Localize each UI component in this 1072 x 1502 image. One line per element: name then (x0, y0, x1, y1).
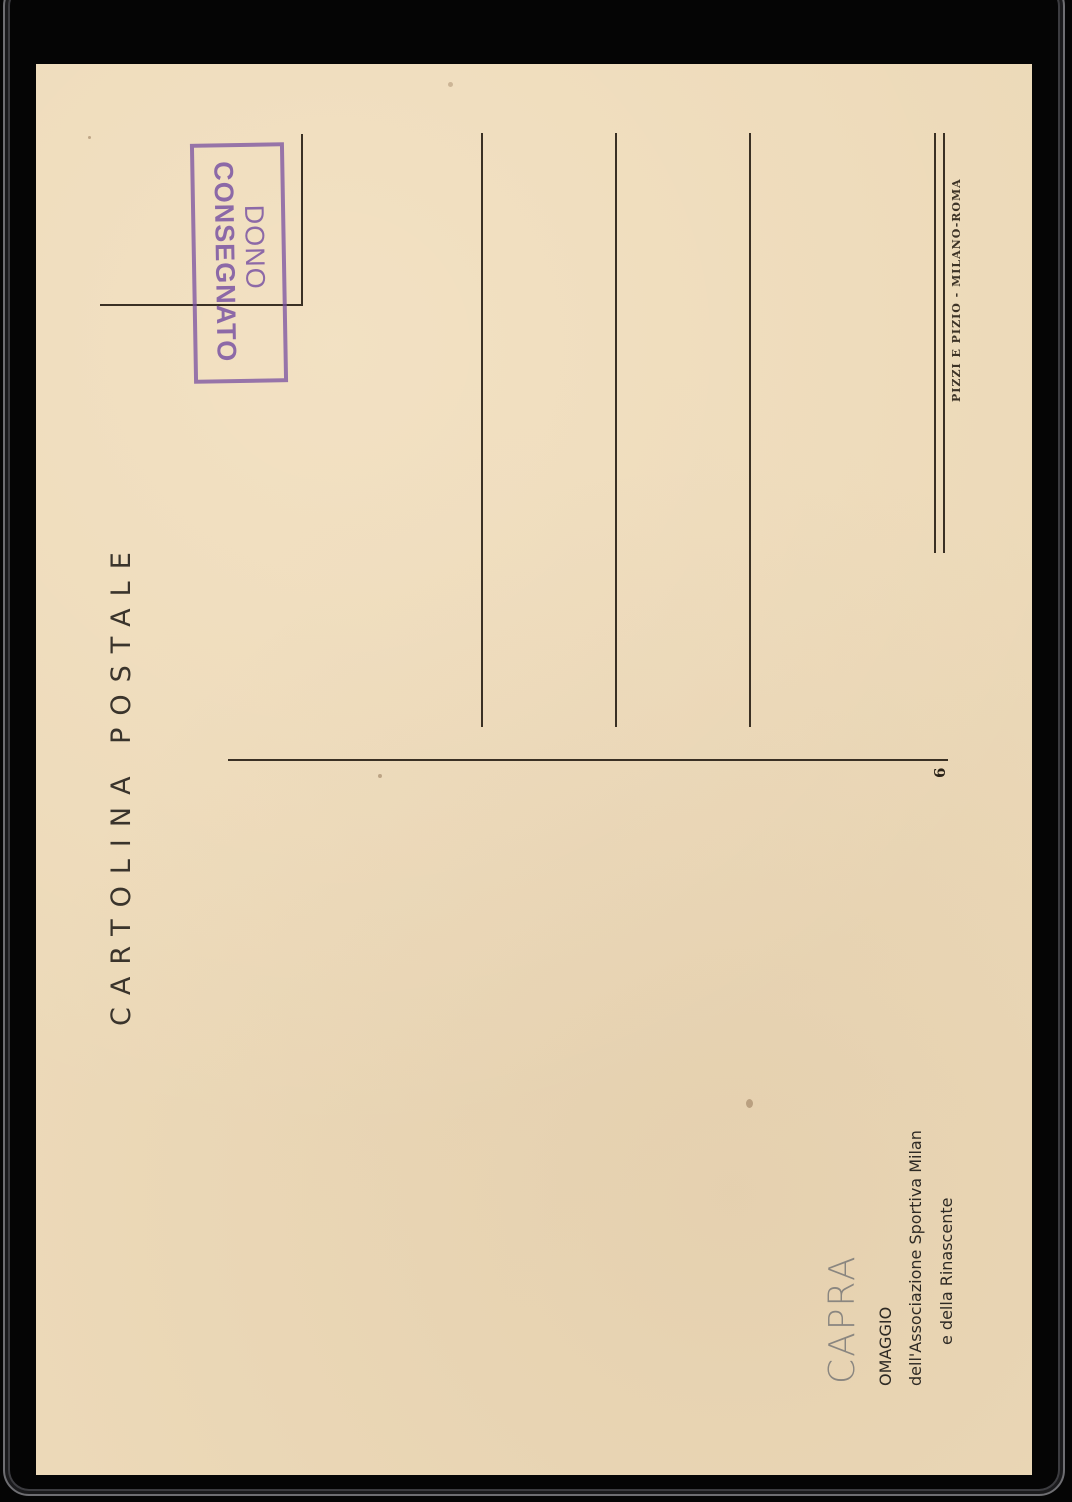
stamp-area-vertical-line (301, 134, 303, 306)
paper-spot (378, 774, 382, 778)
publisher-imprint: PIZZI E PIZIO - MILANO-ROMA (950, 178, 963, 402)
publisher-double-line-2 (943, 133, 945, 553)
postcard-back: CONSEGNATO DONO PIZZI E PIZIO - MILANO-R… (36, 64, 1032, 1475)
address-line-1 (481, 133, 483, 727)
message-divider-line (228, 759, 948, 761)
gift-text-rinascente: e della Rinascente (931, 1198, 962, 1345)
gift-text-association: dell'Associazione Sportiva Milan (900, 1130, 931, 1386)
paper-spot (746, 1099, 753, 1108)
gift-text-omaggio: OMAGGIO (870, 1307, 901, 1386)
paper-spot (448, 82, 453, 87)
address-line-2 (615, 133, 617, 727)
handwritten-name: CAPRA (822, 1254, 863, 1384)
address-line-3 (749, 133, 751, 727)
postcard-title: CARTOLINA POSTALE (106, 540, 137, 1026)
consegnato-dono-stamp: CONSEGNATO DONO (190, 142, 288, 384)
paper-spot (88, 136, 91, 139)
stamp-line-consegnato: CONSEGNATO (207, 161, 242, 363)
card-number: 6 (931, 768, 949, 778)
stamp-line-dono: DONO (238, 204, 270, 290)
publisher-double-line-1 (934, 133, 936, 553)
